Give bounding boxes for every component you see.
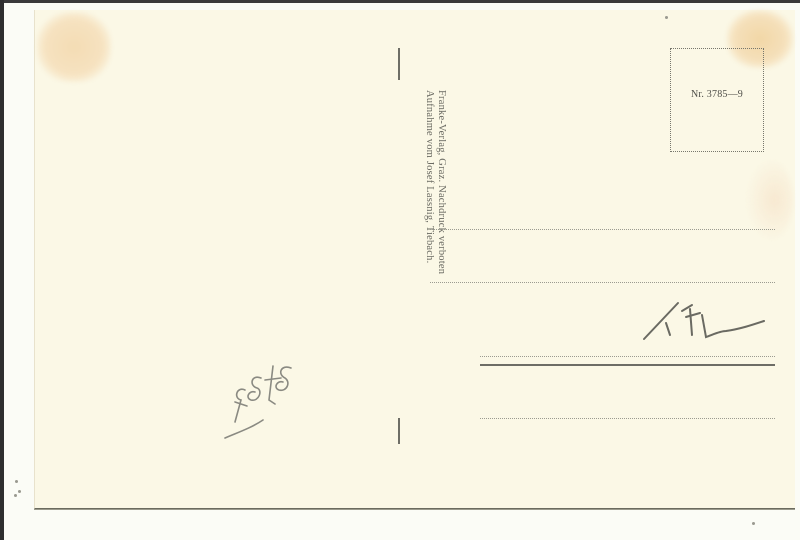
- publisher-line-2: Aufnahme vom Josef Lassnig, Tiebach.: [423, 90, 435, 390]
- center-divider-top: [398, 48, 400, 80]
- stain-top-left: [37, 12, 111, 82]
- scan-edge-top: [0, 0, 800, 3]
- speck: [665, 16, 668, 19]
- postcard-back: Franke-Verlag, Graz. Nachdruck verboten …: [34, 10, 795, 509]
- stamp-box: Nr. 3785—9: [670, 48, 764, 152]
- address-line-4: [480, 418, 775, 419]
- speck: [14, 494, 17, 497]
- address-line-1: [430, 229, 775, 230]
- address-line-2: [430, 282, 775, 283]
- center-divider-bottom: [398, 418, 400, 444]
- publisher-line-1: Franke-Verlag, Graz. Nachdruck verboten: [435, 90, 447, 390]
- stamp-box-label: Nr. 3785—9: [671, 89, 763, 100]
- speck: [752, 522, 755, 525]
- address-line-3: [480, 356, 775, 357]
- stain-right: [747, 160, 793, 240]
- speck: [15, 480, 18, 483]
- address-line-3-underline: [480, 364, 775, 366]
- publisher-imprint: Franke-Verlag, Graz. Nachdruck verboten …: [407, 90, 447, 390]
- speck: [18, 490, 21, 493]
- handwritten-note: [640, 295, 770, 345]
- scan-edge-left: [0, 0, 4, 540]
- handwritten-date: [221, 360, 301, 445]
